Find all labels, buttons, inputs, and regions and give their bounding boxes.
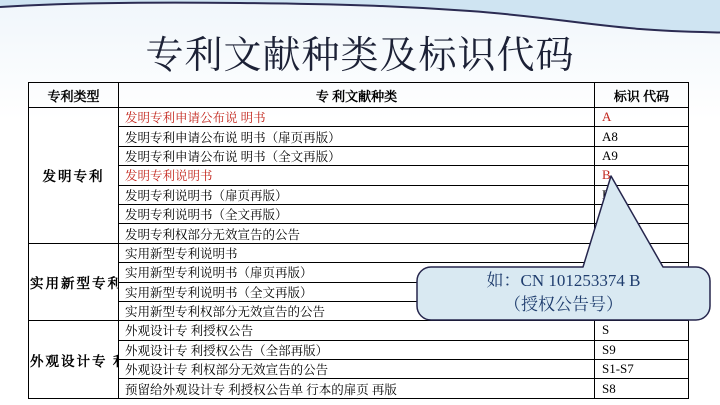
doc-cell: 外观设计专 利授权公告（全部再版） <box>119 340 595 359</box>
code-cell: S1-S7 <box>595 360 689 379</box>
doc-cell: 发明专利权部分无效宣告的公告 <box>119 224 595 243</box>
table-row: 发明专利申请公布说 明书（全文再版） A9 <box>29 146 689 165</box>
code-cell: S8 <box>595 379 689 398</box>
header-cell-code: 标识 代码 <box>595 83 689 108</box>
code-cell: S <box>595 321 689 340</box>
table-row: 预留给外观设计专 利授权公告单 行本的扉页 再版 S8 <box>29 379 689 398</box>
category-cell-design: 外观设计专 利 <box>29 321 119 399</box>
callout-text: 如：CN 101253374 B （授权公告号） <box>417 266 710 320</box>
code-cell: A <box>595 108 689 127</box>
table-row: 发明专利权部分无效宣告的公告 <box>29 224 689 243</box>
code-cell: A8 <box>595 127 689 146</box>
code-cell: B9 <box>595 204 689 223</box>
code-cell: A9 <box>595 146 689 165</box>
header-cell-type: 专利类型 <box>29 83 119 108</box>
table-row: 外观设计专 利授权公告（全部再版） S9 <box>29 340 689 359</box>
table-row: 外观设计专 利权部分无效宣告的公告 S1-S7 <box>29 360 689 379</box>
code-cell <box>595 243 689 262</box>
code-cell: B8 <box>595 185 689 204</box>
doc-cell: 外观设计专 利授权公告 <box>119 321 595 340</box>
category-cell-invention: 发明专利 <box>29 108 119 244</box>
code-cell: B <box>595 166 689 185</box>
code-cell <box>595 224 689 243</box>
doc-cell: 预留给外观设计专 利授权公告单 行本的扉页 再版 <box>119 379 595 398</box>
doc-cell: 发明专利申请公布说 明书（扉页再版） <box>119 127 595 146</box>
category-cell-utility: 实用新型专利 <box>29 243 119 321</box>
doc-cell: 发明专利说明书（扉页再版） <box>119 185 595 204</box>
code-cell: S9 <box>595 340 689 359</box>
doc-cell: 实用新型专利说明书 <box>119 243 595 262</box>
callout-line1: 如：CN 101253374 B <box>487 269 641 293</box>
patent-table: 专利类型 专 利文献种类 标识 代码 发明专利 发明专利申请公布说 明书 A 发… <box>28 82 689 399</box>
table-row: 发明专利申请公布说 明书（扉页再版） A8 <box>29 127 689 146</box>
table-row: 外观设计专 利 外观设计专 利授权公告 S <box>29 321 689 340</box>
table-row: 发明专利说明书 B <box>29 166 689 185</box>
table-row: 实用新型专利 实用新型专利说明书 <box>29 243 689 262</box>
doc-cell: 发明专利说明书 <box>119 166 595 185</box>
header-cell-doc: 专 利文献种类 <box>119 83 595 108</box>
doc-cell: 发明专利申请公布说 明书 <box>119 108 595 127</box>
page-title: 专利文献种类及标识代码 <box>0 24 720 79</box>
callout-line2: （授权公告号） <box>504 293 623 317</box>
doc-cell: 外观设计专 利权部分无效宣告的公告 <box>119 360 595 379</box>
table-row: 发明专利说明书（全文再版） B9 <box>29 204 689 223</box>
doc-cell: 发明专利申请公布说 明书（全文再版） <box>119 146 595 165</box>
table-header-row: 专利类型 专 利文献种类 标识 代码 <box>29 83 689 108</box>
doc-cell: 发明专利说明书（全文再版） <box>119 204 595 223</box>
table-row: 发明专利 发明专利申请公布说 明书 A <box>29 108 689 127</box>
table-row: 发明专利说明书（扉页再版） B8 <box>29 185 689 204</box>
